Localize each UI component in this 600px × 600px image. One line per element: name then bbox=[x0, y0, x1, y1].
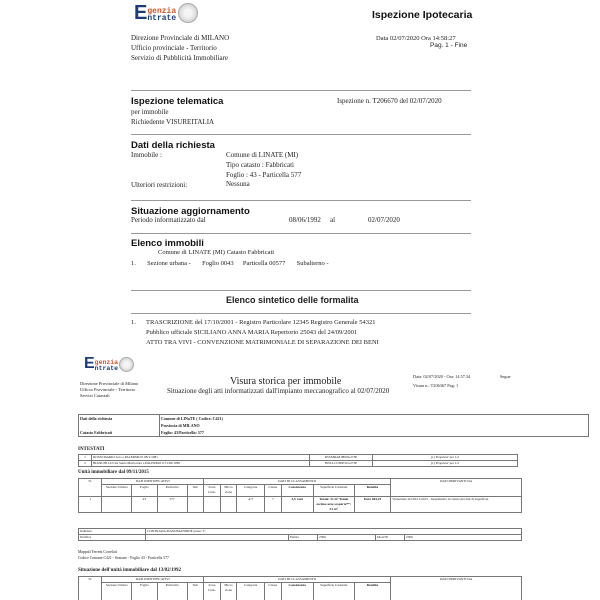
unita-table: N. DATI IDENTIFICATIVI DATI DI CLASSAMEN… bbox=[78, 478, 522, 513]
date-time: Data 02/07/2020 Ora 14:58:27 bbox=[376, 35, 456, 42]
divider bbox=[131, 233, 471, 234]
republic-emblem-icon bbox=[119, 357, 134, 372]
richiesta-table: Dati della richiesta Catasto Fabbricati … bbox=[78, 414, 589, 437]
periodo-label: Periodo informatizzato dal bbox=[131, 215, 206, 225]
divider bbox=[131, 200, 471, 201]
visura-title: Visura storica per immobile bbox=[230, 376, 341, 387]
office-info: Direzione Provinciale di Milano Ufficio … bbox=[80, 381, 138, 399]
page2: E genzia ntrate Direzione Provinciale di… bbox=[0, 348, 600, 600]
intestati-heading: INTESTATI bbox=[78, 447, 105, 452]
divider bbox=[131, 290, 471, 291]
unita2-table: N. DATI IDENTIFICATIVI DATI DI CLASSAMEN… bbox=[78, 576, 522, 600]
elenco-comune: Comune di LINATE (MI) Catasto Fabbricati bbox=[158, 248, 274, 258]
divider bbox=[131, 313, 471, 314]
table-row: 2 BIANCHI LUCIA Santa Maria nata a PALER… bbox=[79, 461, 518, 467]
agenzia-entrate-logo: E genzia ntrate bbox=[134, 3, 198, 23]
visura-subtitle: Situazione degli atti informatizzati dal… bbox=[167, 387, 389, 395]
unita-heading: Unità immobiliare dal 09/11/2015 bbox=[78, 470, 149, 475]
periodo-from: 08/06/1992 bbox=[289, 215, 321, 225]
segue-label: Segue bbox=[500, 374, 511, 379]
table-row: 1 43 577 A/7 7 4,5 vani Totale: 51 m² To… bbox=[79, 497, 522, 513]
restrizioni-label: Ulteriori restrizioni: bbox=[131, 180, 187, 190]
intestati-table: 1 ROSSI MARIO nato a PALERMO il 08/1/198… bbox=[78, 454, 518, 467]
logo-initial: E bbox=[134, 3, 147, 23]
agenzia-entrate-logo: E genzia ntrate bbox=[84, 356, 134, 372]
unita2-heading: Situazione dell'unità immobiliare dal 13… bbox=[78, 568, 181, 573]
divider bbox=[131, 134, 471, 135]
unita-extra-table: Indirizzo CONTRADA PIANOMANDRIE piano: T… bbox=[78, 528, 522, 541]
formalita-item: TRASCRIZIONE del 17/10/2001 - Registro P… bbox=[146, 318, 379, 344]
divider bbox=[131, 90, 471, 91]
formalita-item-num: 1. bbox=[131, 318, 136, 328]
visura-number: Visura n.: T206367 Pag: 1 bbox=[413, 383, 458, 388]
restrizioni-value: Nessuna bbox=[226, 179, 250, 189]
mappali-correlati: Mappali Terreni Correlati Codice Comune … bbox=[78, 549, 169, 561]
document-title: Ispezione Ipotecaria bbox=[372, 9, 472, 21]
immobile-label: Immobile : bbox=[131, 150, 162, 160]
logo-word-ntrate: ntrate bbox=[147, 15, 176, 23]
section-sintetico-heading: Elenco sintetico delle formalita bbox=[226, 295, 359, 305]
visura-date: Data: 02/07/2020 - Ora: 14.57.34 bbox=[413, 374, 470, 379]
periodo-al: al bbox=[330, 215, 335, 225]
page-indicator: Pag. 1 - Fine bbox=[430, 42, 467, 49]
section-ispezione-heading: Ispezione telematica bbox=[131, 96, 223, 107]
periodo-to: 02/07/2020 bbox=[368, 215, 400, 225]
ispezione-details: per immobile Richiedente VISUREITALIA bbox=[131, 107, 214, 127]
office-info: Direzione Provinciale di MILANO Ufficio … bbox=[131, 33, 229, 63]
republic-emblem-icon bbox=[178, 3, 198, 23]
elenco-item: 1. Sezione urbana - Foglio 0043 Particel… bbox=[131, 259, 329, 269]
ispezione-number: Ispezione n. T206670 del 02/07/2020 bbox=[337, 97, 442, 105]
immobile-details: Comune di LINATE (MI) Tipo catasto : Fab… bbox=[226, 150, 301, 180]
